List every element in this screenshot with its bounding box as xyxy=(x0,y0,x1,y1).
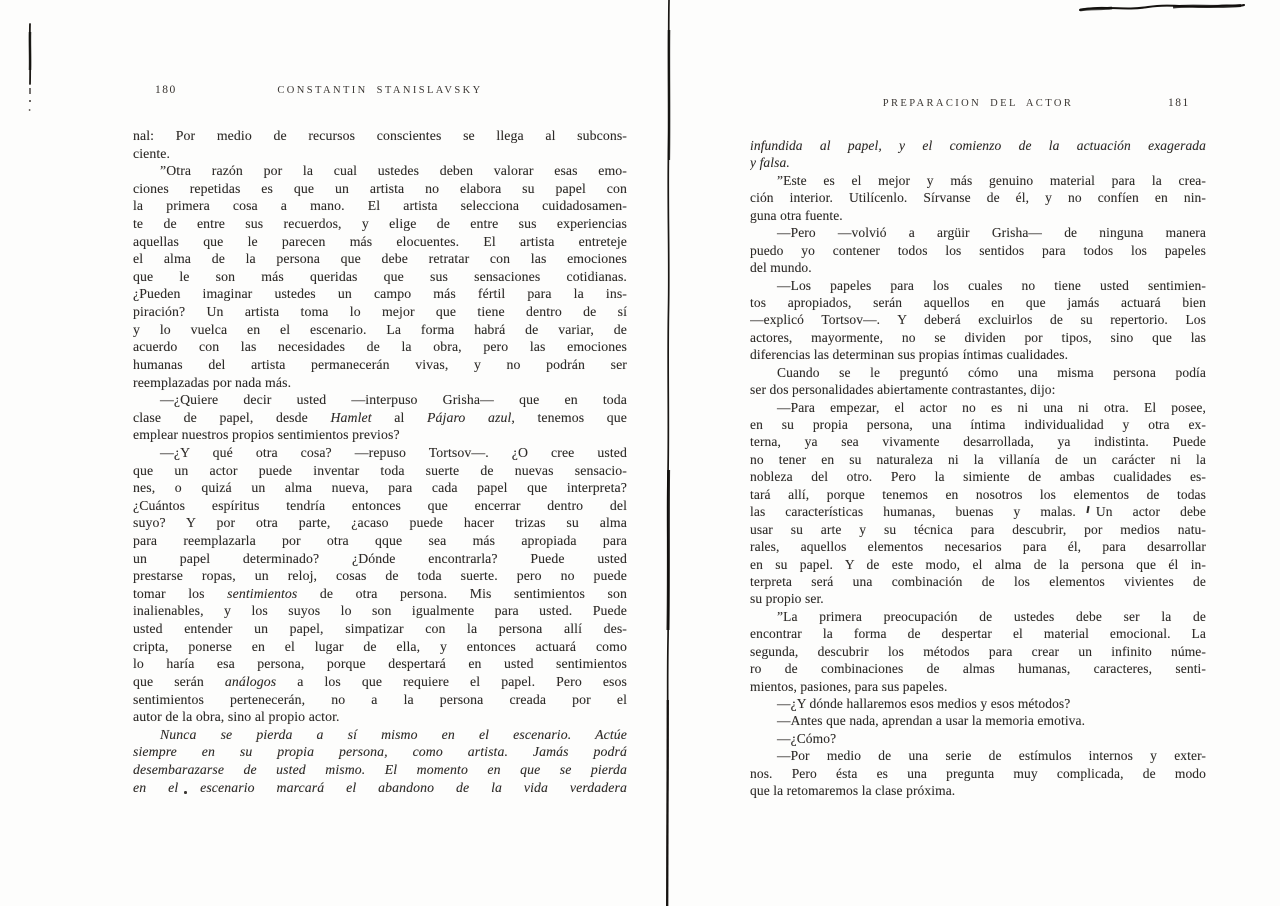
text-line: —Los papeles para los cuales no tiene us… xyxy=(750,277,1206,294)
text-line: no tener en su naturaleza ni la villanía… xyxy=(750,451,1206,468)
text-line: ser dos personalidades abiertamente cont… xyxy=(750,381,1206,398)
text-line: infundida al papel, y el comienzo de la … xyxy=(750,137,1206,154)
text-line: —¿Cómo? xyxy=(750,730,1206,747)
text-line: y falsa. xyxy=(750,154,1206,171)
text-line: ”Este es el mejor y más genuino material… xyxy=(750,172,1206,189)
text-line: —¿Y dónde hallaremos esos medios y esos … xyxy=(750,695,1206,712)
text-line: —explicó Tortsov—. Y deberá excluirlos d… xyxy=(750,311,1206,328)
page-right: PREPARACION DEL ACTOR 181 infundida al p… xyxy=(0,0,1280,906)
text-line: —Antes que nada, aprendan a usar la memo… xyxy=(750,712,1206,729)
text-line: terna, ya sea vivamente desarrollada, ya… xyxy=(750,433,1206,450)
text-line: encontrar la forma de despertar el mater… xyxy=(750,625,1206,642)
text-line: su propio ser. xyxy=(750,590,1206,607)
text-line: rales, aquellos elementos necesarios par… xyxy=(750,538,1206,555)
text-line: actores, mayormente, no se dividen por t… xyxy=(750,329,1206,346)
text-line: tará allí, porque tenemos en nosotros lo… xyxy=(750,486,1206,503)
text-line: —Por medio de una serie de estímulos int… xyxy=(750,747,1206,764)
text-line: puedo yo contener todos los sentidos par… xyxy=(750,242,1206,259)
page-text-right: infundida al papel, y el comienzo de la … xyxy=(750,137,1206,800)
book-scan: 180 CONSTANTIN STANISLAVSKY nal: Por med… xyxy=(0,0,1280,906)
text-line: segunda, descubrir los métodos para crea… xyxy=(750,643,1206,660)
text-line: ción interior. Utilícenlo. Sírvanse de é… xyxy=(750,189,1206,206)
text-line: —Para empezar, el actor no es ni una ni … xyxy=(750,399,1206,416)
text-line: usar su arte y su técnica para descubrir… xyxy=(750,521,1206,538)
text-line: —Pero —volvió a argüir Grisha— de ningun… xyxy=(750,224,1206,241)
text-line: ”La primera preocupación de ustedes debe… xyxy=(750,608,1206,625)
text-line: que la retomaremos la clase próxima. xyxy=(750,782,1206,799)
text-line: guna otra fuente. xyxy=(750,207,1206,224)
text-line: mientos, pasiones, para sus papeles. xyxy=(750,678,1206,695)
text-line: tos apropiados, serán aquellos en que ja… xyxy=(750,294,1206,311)
text-line: en su papel. Y de este modo, el alma de … xyxy=(750,556,1206,573)
page-number-right: 181 xyxy=(1168,97,1190,109)
text-line: diferencias las determinan sus propias í… xyxy=(750,346,1206,363)
text-line: nos. Pero ésta es una pregunta muy compl… xyxy=(750,765,1206,782)
text-line: nobleza del otro. Pero la simiente de am… xyxy=(750,468,1206,485)
text-line: del mundo. xyxy=(750,259,1206,276)
text-line: terpreta será una combinación de los ele… xyxy=(750,573,1206,590)
text-line: ro de combinaciones de almas humanas, ca… xyxy=(750,660,1206,677)
running-head-right: PREPARACION DEL ACTOR xyxy=(750,98,1206,109)
text-line: las características humanas, buenas y ma… xyxy=(750,503,1206,520)
text-line: Cuando se le preguntó cómo una misma per… xyxy=(750,364,1206,381)
text-line: en su propia persona, una íntima individ… xyxy=(750,416,1206,433)
